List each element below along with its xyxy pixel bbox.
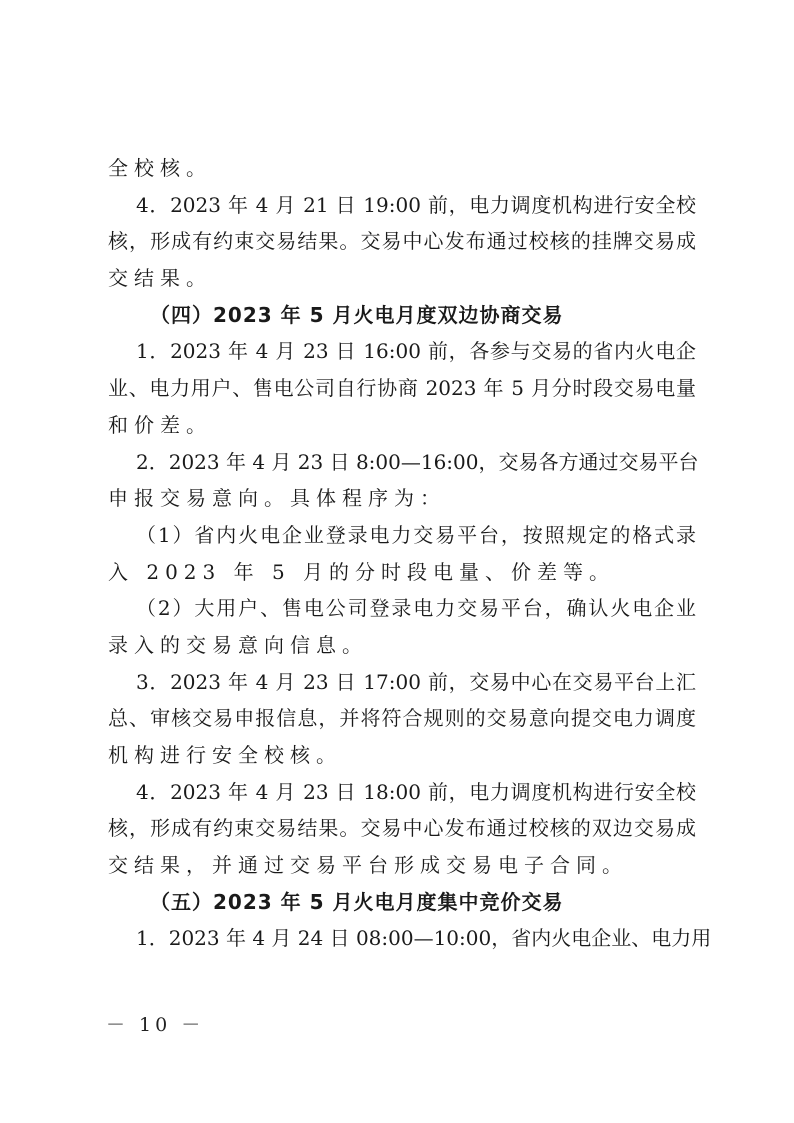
paragraph-line: 总、审核交易申报信息，并将符合规则的交易意向提交电力调度 [108, 700, 696, 737]
paragraph-line: 机构进行安全校核。 [108, 737, 696, 774]
paragraph-line: 全校核。 [108, 150, 696, 187]
document-body: 全校核。 4．2023 年 4 月 21 日 19:00 前，电力调度机构进行安… [108, 150, 696, 957]
section-heading: （四）2023 年 5 月火电月度双边协商交易 [108, 297, 696, 334]
paragraph-line: 1．2023 年 4 月 23 日 16:00 前，各参与交易的省内火电企 [108, 333, 696, 370]
paragraph-line: 申报交易意向。具体程序为： [108, 480, 696, 517]
paragraph-line: 核，形成有约束交易结果。交易中心发布通过校核的双边交易成 [108, 810, 696, 847]
paragraph-line: 和价差。 [108, 407, 696, 444]
paragraph-line: 1．2023 年 4 月 24 日 08:00—10:00，省内火电企业、电力用 [108, 920, 696, 957]
paragraph-line: （1）省内火电企业登录电力交易平台，按照规定的格式录 [108, 517, 696, 554]
section-heading: （五）2023 年 5 月火电月度集中竞价交易 [108, 884, 696, 921]
paragraph-line: 入 2023 年 5 月的分时段电量、价差等。 [108, 554, 696, 591]
paragraph-line: 录入的交易意向信息。 [108, 627, 696, 664]
paragraph-line: 4．2023 年 4 月 21 日 19:00 前，电力调度机构进行安全校 [108, 187, 696, 224]
paragraph-line: 2．2023 年 4 月 23 日 8:00—16:00，交易各方通过交易平台 [108, 444, 696, 481]
paragraph-line: 交结果。 [108, 260, 696, 297]
paragraph-line: （2）大用户、售电公司登录电力交易平台，确认火电企业 [108, 590, 696, 627]
paragraph-line: 业、电力用户、售电公司自行协商 2023 年 5 月分时段交易电量 [108, 370, 696, 407]
document-page: 全校核。 4．2023 年 4 月 21 日 19:00 前，电力调度机构进行安… [0, 0, 794, 1123]
paragraph-line: 3．2023 年 4 月 23 日 17:00 前，交易中心在交易平台上汇 [108, 664, 696, 701]
paragraph-line: 交结果，并通过交易平台形成交易电子合同。 [108, 847, 696, 884]
page-number: － 10 － [106, 1010, 204, 1037]
paragraph-line: 4．2023 年 4 月 23 日 18:00 前，电力调度机构进行安全校 [108, 774, 696, 811]
paragraph-line: 核，形成有约束交易结果。交易中心发布通过校核的挂牌交易成 [108, 223, 696, 260]
